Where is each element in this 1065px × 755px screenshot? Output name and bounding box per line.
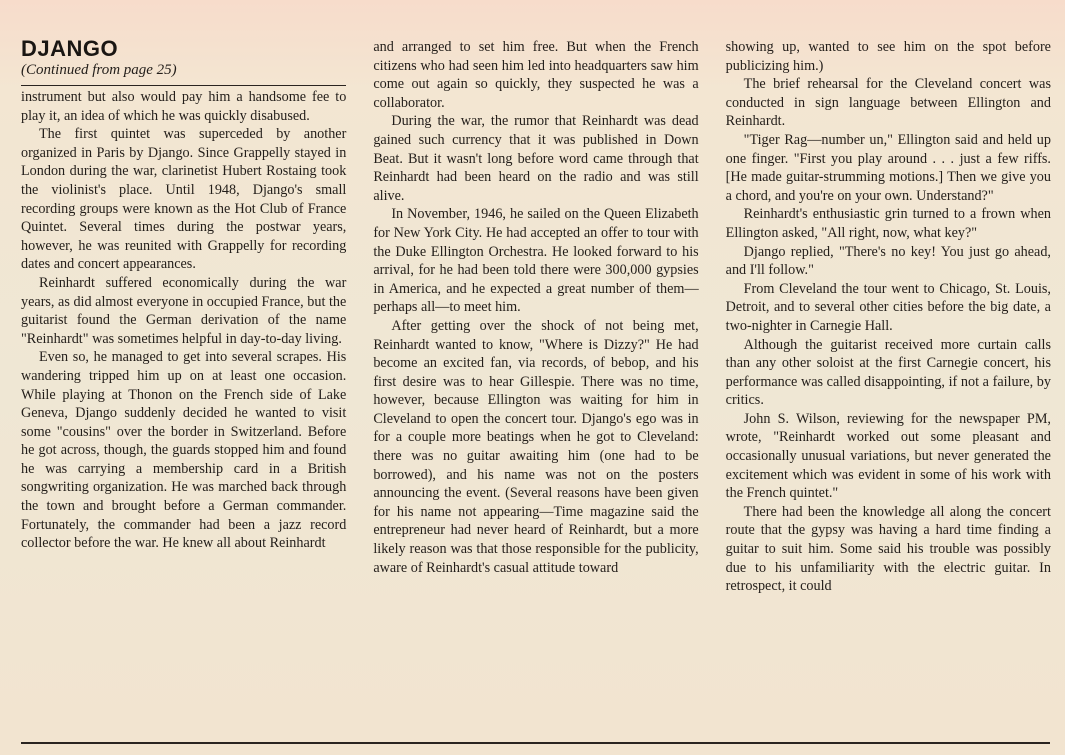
header-rule [21,85,346,86]
column-2: and arranged to set him free. But when t… [373,38,698,596]
paragraph: Even so, he managed to get into several … [21,348,346,553]
paragraph: Reinhardt's enthusiastic grin turned to … [726,205,1051,242]
paragraph: and arranged to set him free. But when t… [373,38,698,112]
footer-rule [21,742,1050,744]
paragraph: In November, 1946, he sailed on the Quee… [373,205,698,317]
paragraph: "Tiger Rag—number un," Ellington said an… [726,131,1051,205]
column-3: showing up, wanted to see him on the spo… [726,38,1051,596]
continued-note: (Continued from page 25) [21,61,346,79]
paragraph: John S. Wilson, reviewing for the newspa… [726,410,1051,503]
paragraph: The brief rehearsal for the Cleveland co… [726,75,1051,131]
article-headline: DJANGO [21,38,346,60]
paragraph: During the war, the rumor that Reinhardt… [373,112,698,205]
paragraph: Although the guitarist received more cur… [726,336,1051,410]
paragraph: Django replied, "There's no key! You jus… [726,243,1051,280]
paragraph: instrument but also would pay him a hand… [21,88,346,125]
paragraph: Reinhardt suffered economically during t… [21,274,346,348]
paragraph: After getting over the shock of not bein… [373,317,698,577]
paragraph: There had been the knowledge all along t… [726,503,1051,596]
magazine-page: DJANGO (Continued from page 25) instrume… [21,38,1051,596]
paragraph: The first quintet was superceded by anot… [21,125,346,274]
paragraph: showing up, wanted to see him on the spo… [726,38,1051,75]
paragraph: From Cleveland the tour went to Chicago,… [726,280,1051,336]
column-1: DJANGO (Continued from page 25) instrume… [21,38,346,596]
